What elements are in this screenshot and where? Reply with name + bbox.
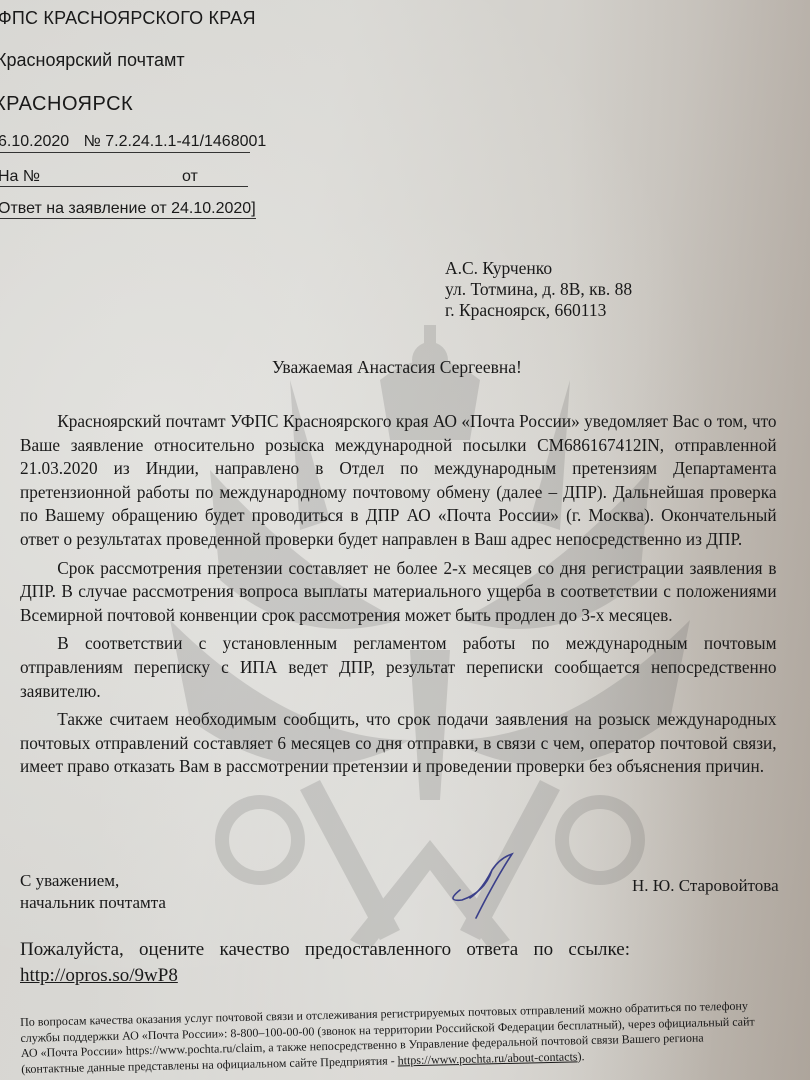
reply-subject: Ответ на заявление от 24.10.2020] [0,200,256,219]
greeting: Уважаемая Анастасия Сергеевна! [272,357,522,378]
letter-body: Красноярский почтамт УФПС Красноярского … [20,410,777,784]
reference-line: На № от [0,168,248,187]
body-paragraph: Красноярский почтамт УФПС Красноярского … [20,410,777,552]
body-paragraph: Срок рассмотрения претензии составляет н… [20,557,777,628]
letter-page: ФПС КРАСНОЯРСКОГО КРАЯ Красноярский почт… [0,0,810,1080]
org-name: ФПС КРАСНОЯРСКОГО КРАЯ [0,8,256,29]
signature-icon [440,840,540,920]
claim-link[interactable]: https://www.pochta.ru/claim [126,1041,263,1058]
body-paragraph: Также считаем необходимым сообщить, что … [20,708,777,779]
reference-label: На № [0,168,40,185]
addressee-street: ул. Тотмина, д. 8В, кв. 88 [445,279,632,300]
footer-note: По вопросам качества оказания услуг почт… [20,998,756,1077]
registration-number: 7.2.24.1.1-41/1468001 [105,133,266,150]
closing-title: начальник почтамта [20,892,166,914]
signer-name: Н. Ю. Старовойтова [632,876,779,896]
survey-link[interactable]: http://opros.so/9wP8 [20,965,178,986]
contacts-link[interactable]: https://www.pochta.ru/about-contacts [398,1049,578,1067]
survey-prompt: Пожалуйста, оцените качество предоставле… [20,937,630,963]
city-name: КРАСНОЯРСК [0,93,133,116]
registration-date: 6.10.2020 [0,133,69,150]
reference-from-label: от [182,168,198,186]
registration-number-label: № [84,133,101,150]
closing-block: С уважением, начальник почтамта [20,870,166,914]
addressee-city: г. Красноярск, 660113 [445,300,632,321]
registration-line: 6.10.2020 № 7.2.24.1.1-41/1468001 [0,133,250,153]
closing-regards: С уважением, [20,870,166,892]
survey-block: Пожалуйста, оцените качество предоставле… [20,937,800,989]
addressee-block: А.С. Курченко ул. Тотмина, д. 8В, кв. 88… [445,258,632,321]
office-name: Красноярский почтамт [0,50,185,71]
addressee-name: А.С. Курченко [445,258,632,279]
body-paragraph: В соответствии с установленным регламент… [20,632,777,703]
